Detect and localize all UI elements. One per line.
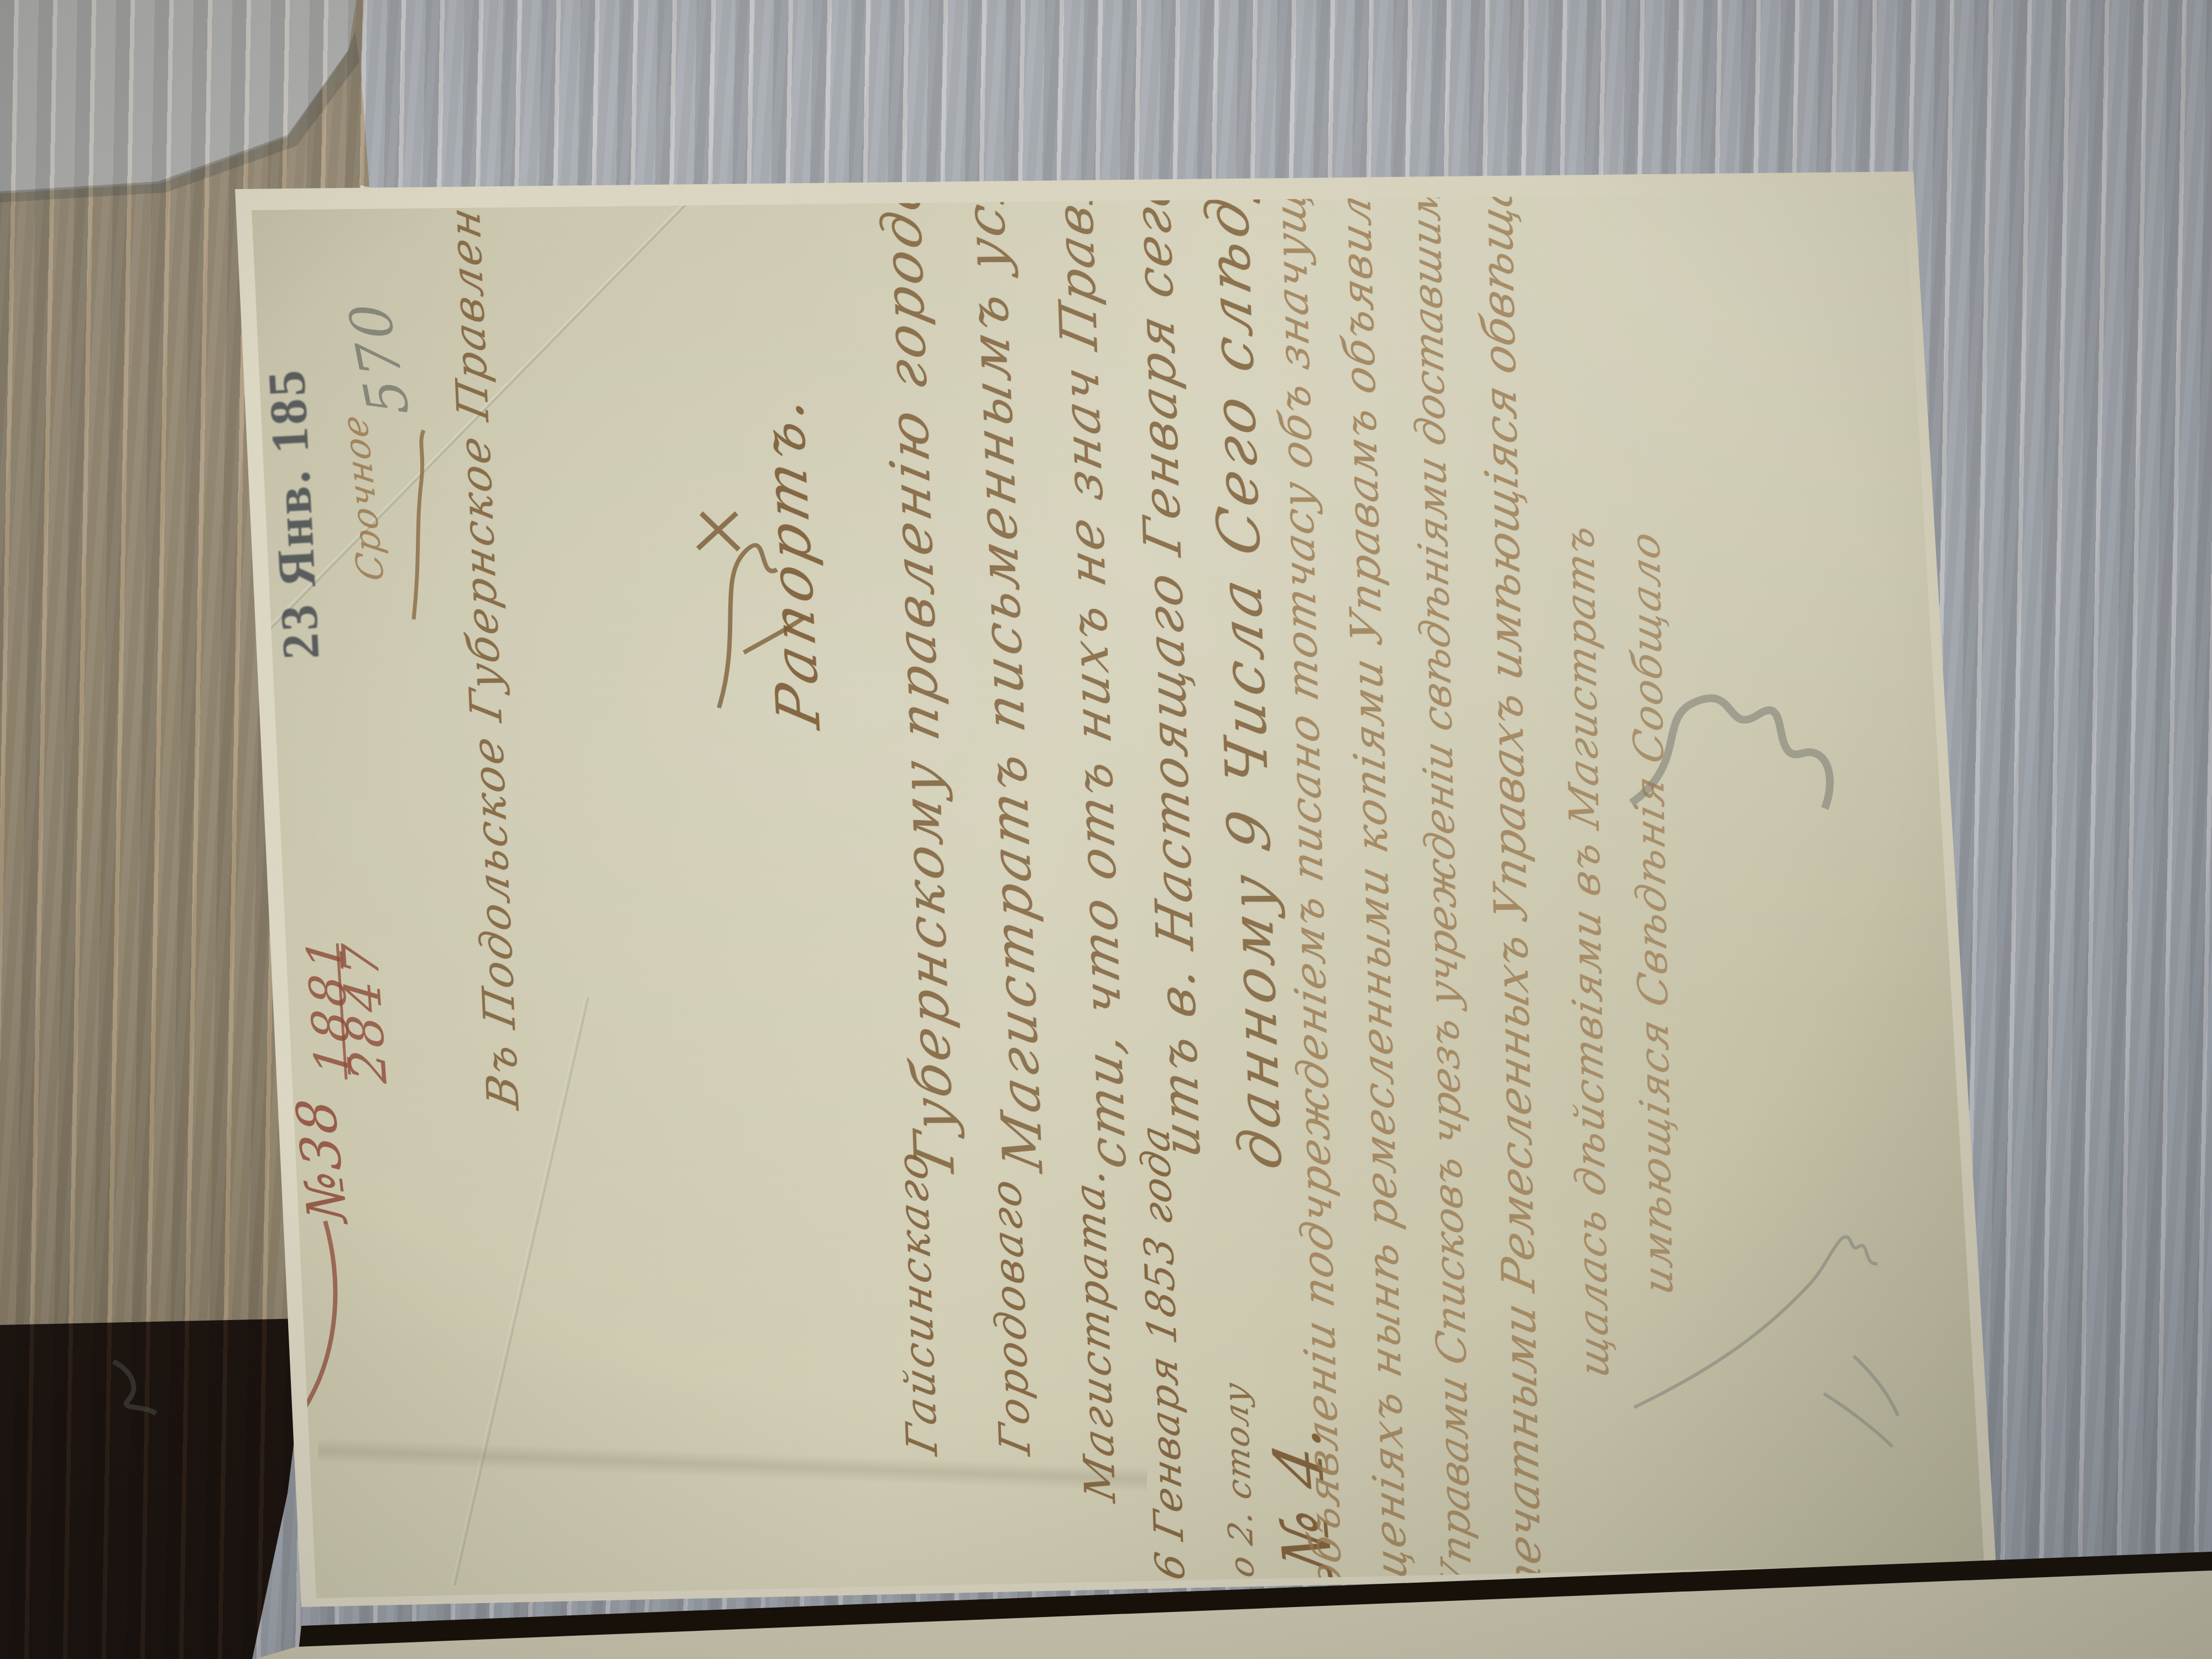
photo-vignette xyxy=(0,0,2212,1659)
photo-of-archival-document: 23 Янв. 185Срочное57018812847№38Въ Подол… xyxy=(0,0,2212,1659)
